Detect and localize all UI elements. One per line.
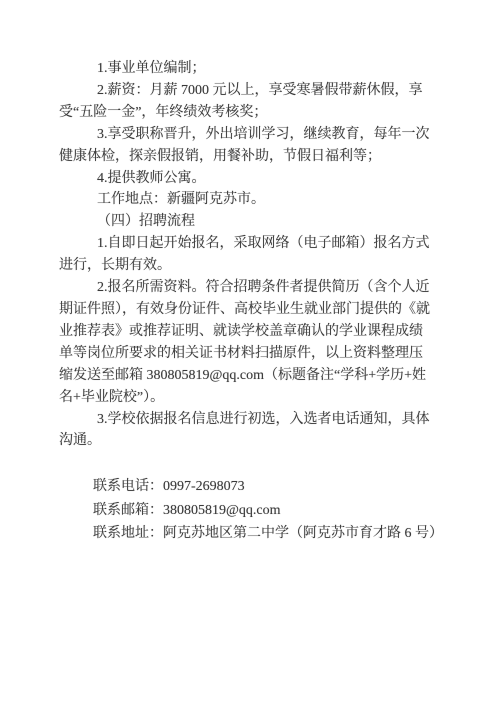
contact-info-block: 联系电话：0997-2698073 联系邮箱：380805819@qq.com …: [93, 475, 443, 545]
text-line-benefit-3-cont: 健康体检，探亲假报销，用餐补助，节假日福利等；: [59, 146, 443, 168]
text-line-process-3: 3.学校依据报名信息进行初选，入选者电话通知，具体: [59, 409, 443, 431]
section-heading-recruit-process: （四）招聘流程: [59, 211, 443, 233]
text-line-process-2-cont-1: 期证件照），有效身份证件、高校毕业生就业部门提供的《就: [59, 299, 443, 321]
text-line-benefit-2-cont: 受“五险一金”，年终绩效考核奖；: [59, 102, 443, 124]
text-line-process-2-cont-3: 单等岗位所要求的相关证书材料扫描原件，以上资料整理压: [59, 343, 443, 365]
text-line-process-2-cont-2: 业推荐表》或推荐证明、就读学校盖章确认的学业课程成绩: [59, 321, 443, 343]
contact-address-line: 联系地址：阿克苏地区第二中学（阿克苏市育才路 6 号）: [93, 522, 443, 545]
text-line-process-2: 2.报名所需资料。符合招聘条件者提供简历（含个人近: [59, 277, 443, 299]
text-line-process-1-cont: 进行，长期有效。: [59, 255, 443, 277]
text-line-benefit-3: 3.享受职称晋升，外出培训学习，继续教育，每年一次: [59, 124, 443, 146]
contact-email-line: 联系邮箱：380805819@qq.com: [93, 499, 443, 522]
text-line-benefit-2: 2.薪资：月薪 7000 元以上，享受寒暑假带薪休假，享: [59, 80, 443, 102]
scanned-document-page: 1.事业单位编制； 2.薪资：月薪 7000 元以上，享受寒暑假带薪休假，享 受…: [0, 0, 500, 707]
text-line-benefit-1: 1.事业单位编制；: [59, 58, 443, 80]
text-line-process-3-cont: 沟通。: [59, 430, 443, 452]
document-text-block: 1.事业单位编制； 2.薪资：月薪 7000 元以上，享受寒暑假带薪休假，享 受…: [59, 58, 443, 545]
contact-phone-line: 联系电话：0997-2698073: [93, 475, 443, 498]
text-line-process-2-cont-4: 缩发送至邮箱 380805819@qq.com（标题备注“学科+学历+姓: [59, 365, 443, 387]
text-line-work-location: 工作地点：新疆阿克苏市。: [59, 189, 443, 211]
text-line-process-2-cont-5: 名+毕业院校”）。: [59, 387, 443, 409]
text-line-process-1: 1.自即日起开始报名，采取网络（电子邮箱）报名方式: [59, 233, 443, 255]
text-line-benefit-4: 4.提供教师公寓。: [59, 168, 443, 190]
